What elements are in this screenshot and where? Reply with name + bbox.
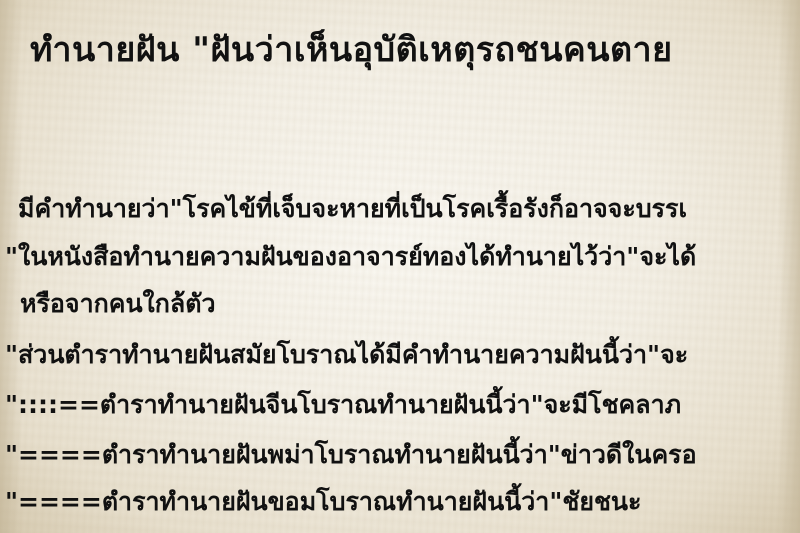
prediction-line-continuation: หรือจากคนใกล้ตัว — [20, 282, 216, 326]
prediction-line-khmer: "====ตำราทำนายฝันขอมโบราณทำนายฝันนี้ว่า"… — [5, 480, 641, 524]
prediction-line-burmese: "====ตำราทำนายฝันพม่าโบราณทำนายฝันนี้ว่า… — [5, 433, 697, 477]
prediction-line-ancient: "ส่วนตำราทำนายฝันสมัยโบราณได้มีคำทำนายคว… — [5, 333, 688, 377]
page-title: ทำนายฝัน "ฝันว่าเห็นอุบัติเหตุรถชนคนตาย — [30, 22, 673, 78]
prediction-line-general: มีคำทำนายว่า"โรคไข้ที่เจ็บจะหายที่เป็นโร… — [18, 187, 687, 231]
prediction-line-ajarn-thong: "ในหนังสือทำนายความฝันของอาจารย์ทองได้ทำ… — [5, 235, 696, 279]
parchment-edge-right — [778, 0, 800, 533]
prediction-line-chinese: "::::==ตำราทำนายฝันจีนโบราณทำนายฝันนี้ว่… — [5, 383, 681, 427]
